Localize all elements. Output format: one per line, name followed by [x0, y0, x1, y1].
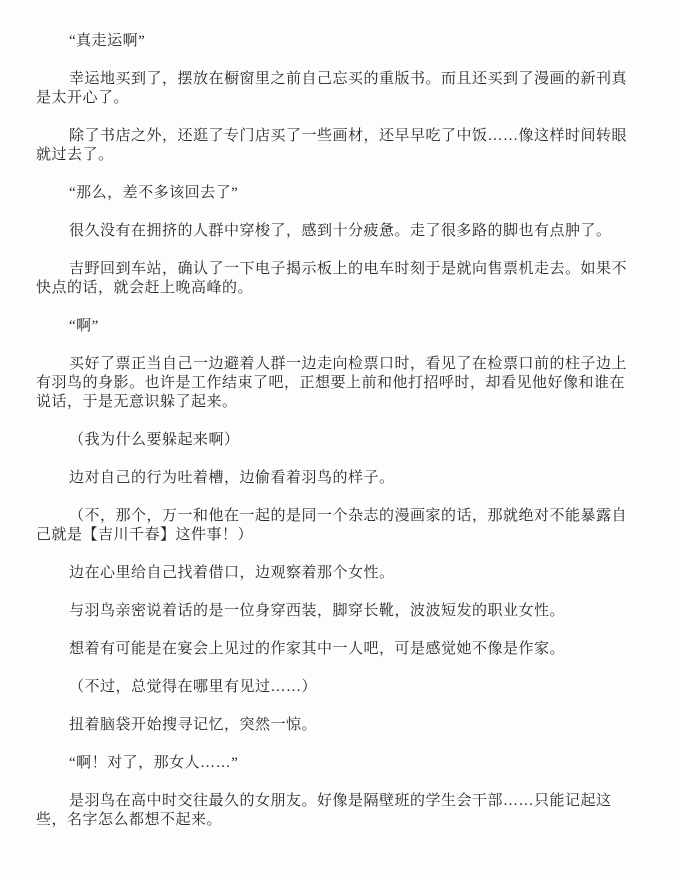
- paragraph: 除了书店之外，还逛了专门店买了一些画材，还早早吃了中饭……像这样时间转眼就过去了…: [36, 127, 634, 165]
- paragraph: “那么，差不多该回去了”: [36, 184, 634, 203]
- document-page: “真走运啊”幸运地买到了，摆放在橱窗里之前自己忘买的重版书。而且还买到了漫画的新…: [0, 0, 680, 880]
- paragraph: 吉野回到车站，确认了一下电子揭示板上的电车时刻于是就向售票机走去。如果不快点的话…: [36, 260, 634, 298]
- paragraph: “真走运啊”: [36, 32, 634, 51]
- document-body: “真走运啊”幸运地买到了，摆放在橱窗里之前自己忘买的重版书。而且还买到了漫画的新…: [0, 0, 680, 830]
- paragraph: （不过，总觉得在哪里有见过……）: [36, 678, 634, 697]
- paragraph: （我为什么要躲起来啊）: [36, 431, 634, 450]
- paragraph: 是羽鸟在高中时交往最久的女朋友。好像是隔壁班的学生会干部……只能记起这些，名字怎…: [36, 792, 634, 830]
- paragraph: （不，那个，万一和他在一起的是同一个杂志的漫画家的话，那就绝对不能暴露自己就是【…: [36, 507, 634, 545]
- paragraph: 与羽鸟亲密说着话的是一位身穿西装，脚穿长靴，波波短发的职业女性。: [36, 602, 634, 621]
- paragraph: “啊”: [36, 317, 634, 336]
- paragraph: 买好了票正当自己一边避着人群一边走向检票口时，看见了在检票口前的柱子边上有羽鸟的…: [36, 355, 634, 412]
- paragraph: 边在心里给自己找着借口，边观察着那个女性。: [36, 564, 634, 583]
- paragraph: 很久没有在拥挤的人群中穿梭了，感到十分疲惫。走了很多路的脚也有点肿了。: [36, 222, 634, 241]
- paragraph: 想着有可能是在宴会上见过的作家其中一人吧，可是感觉她不像是作家。: [36, 640, 634, 659]
- paragraph: 幸运地买到了，摆放在橱窗里之前自己忘买的重版书。而且还买到了漫画的新刊真是太开心…: [36, 70, 634, 108]
- paragraph: 边对自己的行为吐着槽，边偷看着羽鸟的样子。: [36, 469, 634, 488]
- paragraph: “啊！对了，那女人……”: [36, 754, 634, 773]
- paragraph: 扭着脑袋开始搜寻记忆，突然一惊。: [36, 716, 634, 735]
